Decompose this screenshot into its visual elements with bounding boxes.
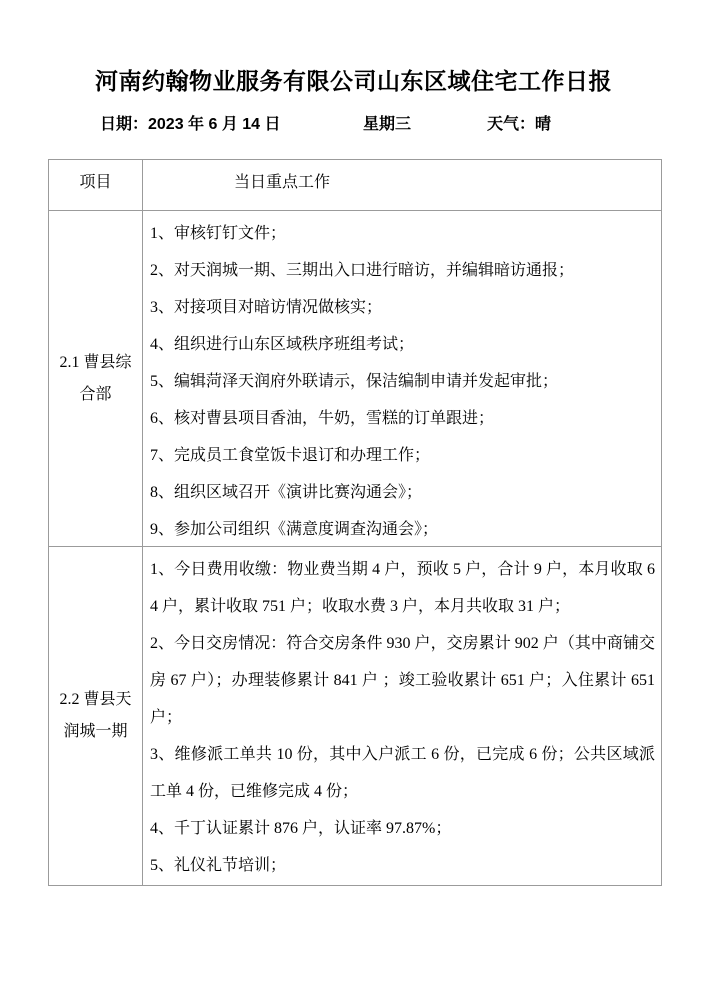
work-item: 8、组织区域召开《演讲比赛沟通会》； (150, 474, 655, 511)
table-header-row: 项目 当日重点工作 (49, 160, 661, 210)
project-cell-caoxian-zonghebu: 2.1 曹县综合部 (49, 211, 143, 546)
header-cell-work: 当日重点工作 (143, 160, 661, 210)
work-item: 4、组织进行山东区域秩序班组考试； (150, 326, 655, 363)
date-line: 日期：2023 年 6 月 14 日 星期三 天气：晴 (0, 111, 707, 135)
work-cell: 1、审核钉钉文件； 2、对天润城一期、三期出入口进行暗访，并编辑暗访通报； 3、… (143, 211, 661, 546)
work-item: 9、参加公司组织《满意度调查沟通会》； (150, 511, 655, 548)
work-cell: 1、今日费用收缴：物业费当期 4 户，预收 5 户，合计 9 户，本月收取 64… (143, 547, 661, 885)
work-item: 6、核对曹县项目香油，牛奶，雪糕的订单跟进； (150, 400, 655, 437)
table-row: 2.1 曹县综合部 1、审核钉钉文件； 2、对天润城一期、三期出入口进行暗访，并… (49, 210, 661, 546)
daily-report-table: 项目 当日重点工作 2.1 曹县综合部 1、审核钉钉文件； 2、对天润城一期、三… (48, 159, 662, 886)
work-item: 2、对天润城一期、三期出入口进行暗访，并编辑暗访通报； (150, 252, 655, 289)
work-item: 3、对接项目对暗访情况做核实； (150, 289, 655, 326)
work-item: 7、完成员工食堂饭卡退订和办理工作； (150, 437, 655, 474)
weekday-label: 星期三 (363, 111, 411, 134)
header-work-label: 当日重点工作 (234, 174, 330, 191)
header-project-label: 项目 (79, 169, 111, 192)
page-title: 河南约翰物业服务有限公司山东区域住宅工作日报 (0, 63, 707, 96)
project-label: 2.1 曹县综合部 (55, 347, 136, 411)
project-label: 2.2 曹县天润城一期 (55, 684, 136, 748)
work-item: 5、礼仪礼节培训； (150, 847, 655, 884)
project-cell-caoxian-tianrun-phase1: 2.2 曹县天润城一期 (49, 547, 143, 885)
work-item: 2、今日交房情况：符合交房条件 930 户，交房累计 902 户（其中商铺交房 … (150, 625, 655, 736)
table-row: 2.2 曹县天润城一期 1、今日费用收缴：物业费当期 4 户，预收 5 户，合计… (49, 546, 661, 885)
weather-label: 天气：晴 (487, 111, 551, 134)
work-item: 5、编辑菏泽天润府外联请示，保洁编制申请并发起审批； (150, 363, 655, 400)
date-label: 日期：2023 年 6 月 14 日 (100, 111, 281, 134)
work-item: 1、今日费用收缴：物业费当期 4 户，预收 5 户，合计 9 户，本月收取 64… (150, 551, 655, 625)
work-item: 1、审核钉钉文件； (150, 215, 655, 252)
work-item: 3、维修派工单共 10 份，其中入户派工 6 份，已完成 6 份；公共区域派工单… (150, 736, 655, 810)
work-item: 4、千丁认证累计 876 户，认证率 97.87%； (150, 810, 655, 847)
header-cell-project: 项目 (49, 160, 143, 210)
